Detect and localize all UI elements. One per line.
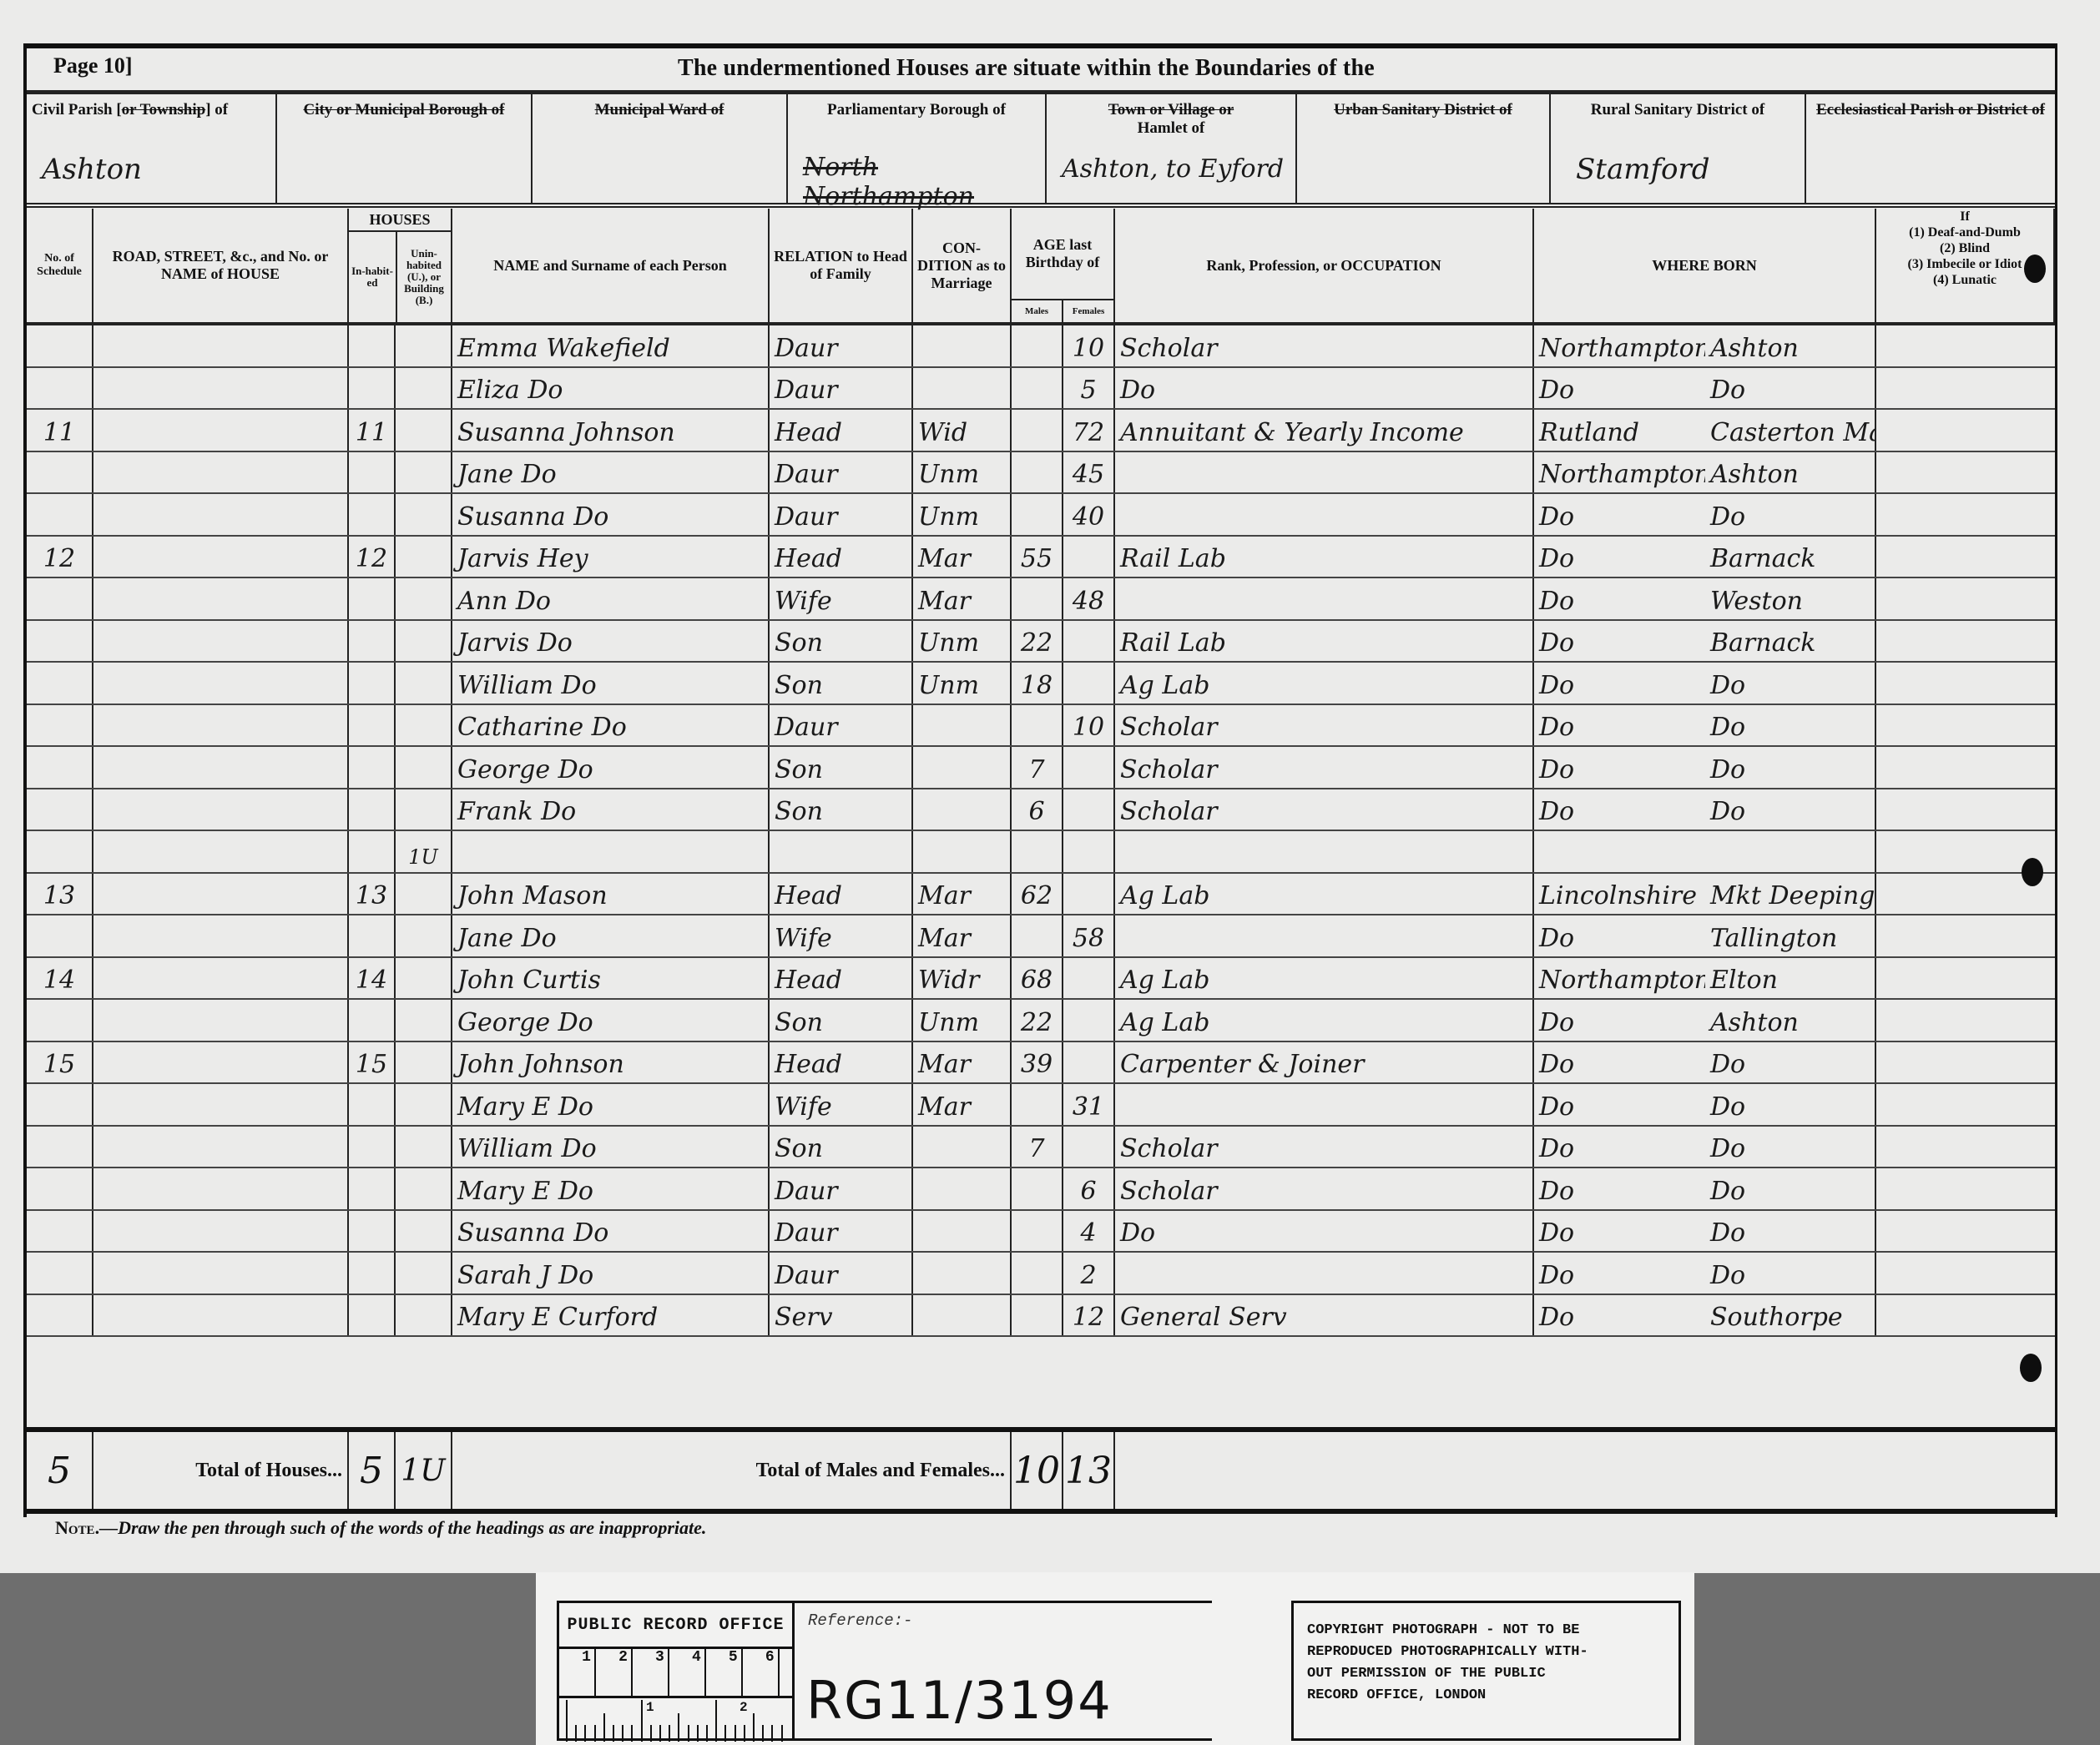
infirmity-cell [1876, 1127, 2055, 1168]
male-age-cell: 62 [1012, 874, 1063, 915]
schedule-number-cell: 15 [27, 1042, 93, 1083]
female-age-cell: 72 [1063, 410, 1115, 451]
born-place-cell: Weston [1705, 578, 1876, 619]
reference-value: RG11/3194 [806, 1670, 1113, 1731]
occupation-cell [1115, 831, 1534, 872]
urban-sanitary-cell: Urban Sanitary District of [1297, 94, 1551, 203]
condition-cell: Wid [913, 410, 1012, 451]
relation-cell: Serv [770, 1295, 913, 1336]
infirmity-cell [1876, 1084, 2055, 1125]
road-name-cell [93, 831, 349, 872]
inhabited-count-cell: 11 [349, 410, 396, 451]
table-row: 1212Jarvis HeyHeadMar55Rail LabDoBarnack [27, 537, 2055, 579]
uninhabited-count-cell [396, 410, 452, 451]
header-males: Males [1012, 300, 1063, 322]
male-age-cell: 39 [1012, 1042, 1063, 1083]
road-name-cell [93, 747, 349, 788]
uninhabited-count-cell [396, 578, 452, 619]
rural-sanitary-cell: Rural Sanitary District of Stamford [1551, 94, 1806, 203]
inhabited-count-cell [349, 325, 396, 366]
condition-cell: Mar [913, 537, 1012, 577]
inhabited-count-cell [349, 494, 396, 535]
parliamentary-borough-label: Parliamentary Borough of [788, 94, 1045, 119]
infirmity-cell [1876, 578, 2055, 619]
ruler-tick [724, 1725, 726, 1742]
uninhabited-count-cell [396, 1253, 452, 1294]
born-county-cell: Do [1534, 747, 1705, 788]
person-name-cell: Catharine Do [452, 705, 770, 746]
inhabited-count-cell: 12 [349, 537, 396, 577]
condition-cell [913, 1211, 1012, 1252]
born-place-cell: Mkt Deeping [1705, 874, 1876, 915]
uninhabited-count-cell: 1U [396, 831, 452, 872]
condition-cell: Unm [913, 1000, 1012, 1041]
ruler-tick [678, 1713, 679, 1742]
inhabited-count-cell [349, 831, 396, 872]
uninhabited-count-cell [396, 621, 452, 662]
female-age-cell: 45 [1063, 452, 1115, 493]
ruler-tick [781, 1725, 783, 1742]
female-age-cell [1063, 789, 1115, 830]
infirmity-cell [1876, 663, 2055, 704]
female-age-cell: 48 [1063, 578, 1115, 619]
male-age-cell [1012, 325, 1063, 366]
born-county-cell: Do [1534, 1000, 1705, 1041]
ruler-tick [762, 1725, 764, 1742]
uninhabited-count-cell [396, 368, 452, 409]
schedule-number-cell [27, 915, 93, 956]
schedule-number-cell [27, 1211, 93, 1252]
born-place-cell: Casterton Magna [1705, 410, 1876, 451]
born-county-cell: Do [1534, 494, 1705, 535]
born-county-cell: Do [1534, 705, 1705, 746]
born-place-cell: Barnack [1705, 621, 1876, 662]
inhabited-count-cell [349, 1084, 396, 1125]
census-rows: Emma WakefieldDaur10ScholarNorthamptonAs… [27, 325, 2055, 1337]
infirmity-cell [1876, 789, 2055, 830]
person-name-cell [452, 831, 770, 872]
schedule-number-cell: 13 [27, 874, 93, 915]
road-name-cell [93, 1042, 349, 1083]
header-where-born: WHERE BORN [1534, 209, 1876, 322]
schedule-number-cell [27, 1000, 93, 1041]
infirmity-cell [1876, 705, 2055, 746]
relation-cell: Head [770, 537, 913, 577]
road-name-cell [93, 874, 349, 915]
schedule-number-cell [27, 1295, 93, 1336]
road-name-cell [93, 1211, 349, 1252]
ecclesiastical-parish-cell: Ecclesiastical Parish or District of [1806, 94, 2055, 203]
condition-cell: Mar [913, 1084, 1012, 1125]
born-county-cell: Northampton [1534, 325, 1705, 366]
occupation-cell [1115, 1253, 1534, 1294]
infirmity-cell [1876, 915, 2055, 956]
born-county-cell: Do [1534, 621, 1705, 662]
ruler-tick [697, 1725, 699, 1742]
ruler-tick [641, 1700, 643, 1742]
inhabited-count-cell [349, 1211, 396, 1252]
record-office-label: PUBLIC RECORD OFFICE 1 2 3 4 5 6 1 2 Ref… [536, 1572, 1694, 1745]
schedule-number-cell [27, 368, 93, 409]
uninhabited-count-cell [396, 452, 452, 493]
condition-cell [913, 368, 1012, 409]
title-row: Page 10] The undermentioned Houses are s… [27, 48, 2055, 94]
inhabited-count-cell [349, 915, 396, 956]
male-age-cell [1012, 494, 1063, 535]
table-row: Jarvis DoSonUnm22Rail LabDoBarnack [27, 621, 2055, 663]
female-age-cell [1063, 1000, 1115, 1041]
occupation-cell: Ag Lab [1115, 663, 1534, 704]
table-row: William DoSonUnm18Ag LabDoDo [27, 663, 2055, 705]
schedule-number-cell [27, 621, 93, 662]
condition-cell: Mar [913, 915, 1012, 956]
occupation-cell: Scholar [1115, 789, 1534, 830]
header-occupation: Rank, Profession, or OCCUPATION [1115, 209, 1534, 322]
total-houses-label: Total of Houses... [93, 1432, 349, 1509]
male-age-cell [1012, 1211, 1063, 1252]
ecclesiastical-parish-label: Ecclesiastical Parish or District of [1816, 101, 2045, 119]
inhabited-count-cell [349, 747, 396, 788]
male-age-cell: 22 [1012, 1000, 1063, 1041]
born-county-cell [1534, 831, 1705, 872]
schedule-number-cell: 12 [27, 537, 93, 577]
table-row: 1313John MasonHeadMar62Ag LabLincolnshir… [27, 874, 2055, 916]
relation-cell: Daur [770, 368, 913, 409]
condition-cell: Unm [913, 452, 1012, 493]
uninhabited-count-cell [396, 958, 452, 999]
female-age-cell [1063, 537, 1115, 577]
reference-box: Reference:- RG11/3194 [795, 1601, 1212, 1741]
relation-cell: Wife [770, 578, 913, 619]
schedule-number-cell [27, 494, 93, 535]
person-name-cell: Jarvis Do [452, 621, 770, 662]
table-row: William DoSon7ScholarDoDo [27, 1127, 2055, 1169]
infirmity-cell [1876, 368, 2055, 409]
occupation-cell: Ag Lab [1115, 1000, 1534, 1041]
occupation-cell: Scholar [1115, 325, 1534, 366]
born-place-cell: Do [1705, 747, 1876, 788]
schedule-number-cell: 14 [27, 958, 93, 999]
relation-cell [770, 831, 913, 872]
female-age-cell: 40 [1063, 494, 1115, 535]
road-name-cell [93, 410, 349, 451]
pro-scale-box: PUBLIC RECORD OFFICE 1 2 3 4 5 6 1 2 [557, 1601, 795, 1741]
relation-cell: Wife [770, 915, 913, 956]
relation-cell: Daur [770, 494, 913, 535]
road-name-cell [93, 537, 349, 577]
condition-cell: Unm [913, 494, 1012, 535]
born-county-cell: Do [1534, 663, 1705, 704]
occupation-cell: Do [1115, 368, 1534, 409]
table-row: George DoSonUnm22Ag LabDoAshton [27, 1000, 2055, 1042]
condition-cell [913, 705, 1012, 746]
inhabited-count-cell [349, 621, 396, 662]
inhabited-count-cell [349, 368, 396, 409]
rural-sanitary-value: Stamford [1576, 153, 1710, 186]
total-uninhabited: 1U [396, 1432, 452, 1509]
infirmity-cell [1876, 325, 2055, 366]
born-county-cell: Do [1534, 1168, 1705, 1209]
person-name-cell: Mary E Do [452, 1084, 770, 1125]
ink-blot-icon [2020, 1354, 2042, 1382]
census-form: Page 10] The undermentioned Houses are s… [23, 43, 2057, 1517]
schedule-number-cell [27, 747, 93, 788]
condition-cell: Unm [913, 663, 1012, 704]
relation-cell: Wife [770, 1084, 913, 1125]
infirmity-cell [1876, 621, 2055, 662]
relation-cell: Daur [770, 1168, 913, 1209]
male-age-cell [1012, 915, 1063, 956]
born-county-cell: Do [1534, 578, 1705, 619]
occupation-cell: Scholar [1115, 1168, 1534, 1209]
civil-parish-label: Civil Parish [or Township] of [27, 94, 275, 119]
header-road: ROAD, STREET, &c., and No. or NAME of HO… [93, 209, 349, 322]
table-row: Mary E DoWifeMar31DoDo [27, 1084, 2055, 1127]
ruler-tick [650, 1725, 652, 1742]
person-name-cell: John Johnson [452, 1042, 770, 1083]
born-place-cell: Do [1705, 1168, 1876, 1209]
born-place-cell: Do [1705, 1127, 1876, 1168]
person-name-cell: John Mason [452, 874, 770, 915]
table-row: Jane DoDaurUnm45NorthamptonAshton [27, 452, 2055, 495]
uninhabited-count-cell [396, 1000, 452, 1041]
born-place-cell [1705, 831, 1876, 872]
table-row: Eliza DoDaur5DoDoDo [27, 368, 2055, 411]
relation-cell: Daur [770, 325, 913, 366]
total-inhabited: 5 [349, 1432, 396, 1509]
inhabited-count-cell [349, 578, 396, 619]
inch-ruler: 1 2 [559, 1698, 792, 1742]
born-place-cell: Ashton [1705, 325, 1876, 366]
person-name-cell: William Do [452, 663, 770, 704]
table-row: Mary E CurfordServ12General ServDoSoutho… [27, 1295, 2055, 1338]
ruler-tick [603, 1713, 605, 1742]
person-name-cell: Frank Do [452, 789, 770, 830]
condition-cell [913, 1295, 1012, 1336]
inhabited-count-cell: 15 [349, 1042, 396, 1083]
male-age-cell: 22 [1012, 621, 1063, 662]
table-row: 1515John JohnsonHeadMar39Carpenter & Joi… [27, 1042, 2055, 1085]
boundaries-row: Civil Parish [or Township] of Ashton Cit… [27, 94, 2055, 208]
table-row: Susanna DoDaur4DoDoDo [27, 1211, 2055, 1253]
born-county-cell: Do [1534, 915, 1705, 956]
female-age-cell: 4 [1063, 1211, 1115, 1252]
uninhabited-count-cell [396, 1168, 452, 1209]
female-age-cell [1063, 747, 1115, 788]
schedule-number-cell [27, 663, 93, 704]
occupation-cell [1115, 578, 1534, 619]
page-title: The undermentioned Houses are situate wi… [678, 55, 1375, 82]
male-age-cell [1012, 705, 1063, 746]
road-name-cell [93, 789, 349, 830]
male-age-cell [1012, 368, 1063, 409]
table-row: Mary E DoDaur6ScholarDoDo [27, 1168, 2055, 1211]
header-houses: HOUSES In-habit-ed Unin-habited (U.), or… [349, 209, 452, 322]
road-name-cell [93, 325, 349, 366]
female-age-cell: 10 [1063, 325, 1115, 366]
uninhabited-count-cell [396, 789, 452, 830]
inhabited-count-cell: 14 [349, 958, 396, 999]
inhabited-count-cell [349, 663, 396, 704]
occupation-cell [1115, 494, 1534, 535]
road-name-cell [93, 1084, 349, 1125]
occupation-cell: Ag Lab [1115, 874, 1534, 915]
footnote: Note.—Draw the pen through such of the w… [55, 1517, 706, 1539]
female-age-cell: 6 [1063, 1168, 1115, 1209]
relation-cell: Daur [770, 1253, 913, 1294]
road-name-cell [93, 705, 349, 746]
occupation-cell: General Serv [1115, 1295, 1534, 1336]
road-name-cell [93, 1253, 349, 1294]
condition-cell [913, 1253, 1012, 1294]
uninhabited-count-cell [396, 663, 452, 704]
road-name-cell [93, 663, 349, 704]
inhabited-count-cell: 13 [349, 874, 396, 915]
header-condition: CON-DITION as to Marriage [913, 209, 1012, 322]
relation-cell: Son [770, 621, 913, 662]
ruler-tick [771, 1725, 773, 1742]
road-name-cell [93, 578, 349, 619]
header-relation: RELATION to Head of Family [770, 209, 913, 322]
ruler-tick [584, 1725, 586, 1742]
hamlet-cell: Town or Village orHamlet of Ashton, to E… [1047, 94, 1297, 203]
born-county-cell: Northampton [1534, 452, 1705, 493]
ruler-tick [669, 1725, 670, 1742]
female-age-cell [1063, 958, 1115, 999]
born-county-cell: Do [1534, 1042, 1705, 1083]
header-age: AGE last Birthday of Males Females [1012, 209, 1115, 322]
born-place-cell: Do [1705, 368, 1876, 409]
inhabited-count-cell [349, 1127, 396, 1168]
civil-parish-value: Ashton [42, 153, 142, 186]
person-name-cell: Susanna Do [452, 494, 770, 535]
born-place-cell: Ashton [1705, 452, 1876, 493]
total-males: 10 [1012, 1432, 1063, 1509]
uninhabited-count-cell [396, 1042, 452, 1083]
road-name-cell [93, 494, 349, 535]
male-age-cell: 7 [1012, 1127, 1063, 1168]
male-age-cell [1012, 1168, 1063, 1209]
inhabited-count-cell [349, 1253, 396, 1294]
uninhabited-count-cell [396, 1084, 452, 1125]
table-row: Frank DoSon6ScholarDoDo [27, 789, 2055, 832]
person-name-cell: Jarvis Hey [452, 537, 770, 577]
born-place-cell: Do [1705, 1211, 1876, 1252]
female-age-cell: 5 [1063, 368, 1115, 409]
total-persons-label: Total of Males and Females... [452, 1432, 1012, 1509]
occupation-cell: Scholar [1115, 1127, 1534, 1168]
uninhabited-count-cell [396, 705, 452, 746]
uninhabited-count-cell [396, 537, 452, 577]
occupation-cell: Rail Lab [1115, 621, 1534, 662]
male-age-cell [1012, 1253, 1063, 1294]
female-age-cell: 10 [1063, 705, 1115, 746]
relation-cell: Daur [770, 705, 913, 746]
rural-sanitary-label: Rural Sanitary District of [1551, 94, 1805, 119]
totals-row: 5 Total of Houses... 5 1U Total of Males… [27, 1427, 2055, 1514]
born-county-cell: Northampton [1534, 958, 1705, 999]
condition-cell [913, 747, 1012, 788]
schedule-number-cell [27, 789, 93, 830]
road-name-cell [93, 1295, 349, 1336]
header-houses-title: HOUSES [349, 209, 451, 232]
schedule-number-cell [27, 578, 93, 619]
person-name-cell: George Do [452, 1000, 770, 1041]
born-county-cell: Do [1534, 1084, 1705, 1125]
ruler-tick [594, 1725, 596, 1742]
male-age-cell: 68 [1012, 958, 1063, 999]
header-name: NAME and Surname of each Person [452, 209, 770, 322]
inhabited-count-cell [349, 1295, 396, 1336]
page-number: Page 10] [53, 53, 133, 78]
male-age-cell: 55 [1012, 537, 1063, 577]
male-age-cell [1012, 1295, 1063, 1336]
table-row: Catharine DoDaur10ScholarDoDo [27, 705, 2055, 748]
ruler-tick [631, 1725, 633, 1742]
born-place-cell: Elton [1705, 958, 1876, 999]
total-females: 13 [1063, 1432, 1115, 1509]
occupation-cell: Ag Lab [1115, 958, 1534, 999]
female-age-cell [1063, 831, 1115, 872]
inhabited-count-cell [349, 452, 396, 493]
infirmity-cell [1876, 1168, 2055, 1209]
table-row: Emma WakefieldDaur10ScholarNorthamptonAs… [27, 325, 2055, 368]
parliamentary-borough-value: North Northampton [803, 153, 1045, 211]
occupation-cell [1115, 452, 1534, 493]
civil-parish-cell: Civil Parish [or Township] of Ashton [27, 94, 277, 203]
header-females: Females [1063, 300, 1113, 322]
infirmity-cell [1876, 1211, 2055, 1252]
infirmity-cell [1876, 747, 2055, 788]
male-age-cell: 18 [1012, 663, 1063, 704]
born-place-cell: Tallington [1705, 915, 1876, 956]
uninhabited-count-cell [396, 1211, 452, 1252]
born-place-cell: Do [1705, 1253, 1876, 1294]
pro-title: PUBLIC RECORD OFFICE [559, 1603, 792, 1649]
parliamentary-borough-cell: Parliamentary Borough of North Northampt… [788, 94, 1047, 203]
condition-cell [913, 831, 1012, 872]
relation-cell: Daur [770, 1211, 913, 1252]
born-county-cell: Do [1534, 537, 1705, 577]
condition-cell: Mar [913, 578, 1012, 619]
road-name-cell [93, 621, 349, 662]
male-age-cell [1012, 831, 1063, 872]
table-row: George DoSon7ScholarDoDo [27, 747, 2055, 789]
female-age-cell [1063, 621, 1115, 662]
relation-cell: Head [770, 874, 913, 915]
born-county-cell: Do [1534, 1211, 1705, 1252]
born-place-cell: Southorpe [1705, 1295, 1876, 1336]
occupation-cell: Scholar [1115, 705, 1534, 746]
person-name-cell: Susanna Do [452, 1211, 770, 1252]
condition-cell [913, 325, 1012, 366]
female-age-cell: 31 [1063, 1084, 1115, 1125]
road-name-cell [93, 1127, 349, 1168]
male-age-cell [1012, 1084, 1063, 1125]
table-row: 1111Susanna JohnsonHeadWid72Annuitant & … [27, 410, 2055, 452]
person-name-cell: Emma Wakefield [452, 325, 770, 366]
infirmity-cell [1876, 1295, 2055, 1336]
town-village-label: Town or Village or [1108, 101, 1234, 119]
ruler-tick [715, 1700, 717, 1742]
relation-cell: Son [770, 747, 913, 788]
census-page: Page 10] The undermentioned Houses are s… [0, 0, 2100, 1573]
male-age-cell: 6 [1012, 789, 1063, 830]
condition-cell [913, 1168, 1012, 1209]
table-row: 1U [27, 831, 2055, 874]
uninhabited-count-cell [396, 1127, 452, 1168]
relation-cell: Head [770, 958, 913, 999]
